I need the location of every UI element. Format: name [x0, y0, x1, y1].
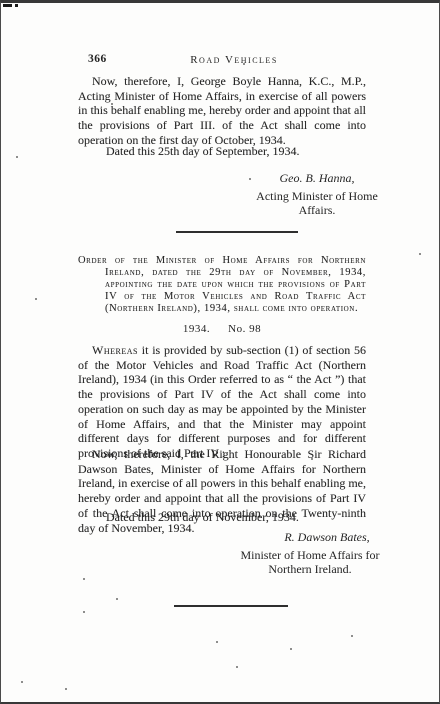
running-head: Road Vehicles [78, 54, 366, 66]
section-divider-rule-top [176, 231, 298, 233]
citation-number: No. 98 [228, 323, 261, 335]
scan-speck [243, 63, 245, 65]
scan-speck [216, 641, 218, 643]
scan-speck [65, 688, 67, 690]
scan-speck [236, 666, 238, 668]
scan-corner-marks [3, 4, 21, 8]
scanned-document-page: 366 Road Vehicles Now, therefore, I, Geo… [0, 0, 440, 704]
citation-year: 1934. [183, 323, 210, 335]
scan-speck [111, 103, 113, 105]
scan-speck [311, 458, 313, 460]
order2-dated-line: Dated this 29th day of November, 1934. [78, 510, 366, 525]
scan-speck [290, 648, 292, 650]
order2-signature-name: R. Dawson Bates, [229, 530, 391, 545]
order1-dated-line: Dated this 25th day of September, 1934. [78, 144, 366, 159]
order1-signature-block: Geo. B. Hanna, Acting Minister of Home A… [247, 171, 387, 218]
scan-speck [35, 298, 37, 300]
scan-speck [249, 178, 251, 180]
scan-speck [116, 598, 118, 600]
order1-signature-name: Geo. B. Hanna, [247, 171, 387, 186]
section-divider-rule-bottom [174, 605, 288, 607]
order2-heading: Order of the Minister of Home Affairs fo… [78, 255, 366, 315]
whereas-body-text: it is provided by sub-section (1) of sec… [78, 343, 366, 460]
scan-speck [351, 635, 353, 637]
order2-signature-block: R. Dawson Bates, Minister of Home Affair… [229, 530, 391, 577]
order1-paragraph: Now, therefore, I, George Boyle Hanna, K… [78, 74, 366, 148]
scan-speck [83, 611, 85, 613]
whereas-lead-word: Whereas [92, 343, 138, 357]
page-header: 366 Road Vehicles [78, 53, 366, 67]
scan-speck [419, 253, 421, 255]
scan-speck [16, 156, 18, 158]
scan-speck [83, 578, 85, 580]
order2-signature-title: Minister of Home Affairs for Northern Ir… [229, 548, 391, 577]
scan-speck [21, 681, 23, 683]
order1-signature-title: Acting Minister of Home Affairs. [247, 189, 387, 218]
order2-citation: 1934. No. 98 [78, 323, 366, 335]
order2-whereas-paragraph: Whereas it is provided by sub-section (1… [78, 343, 366, 461]
